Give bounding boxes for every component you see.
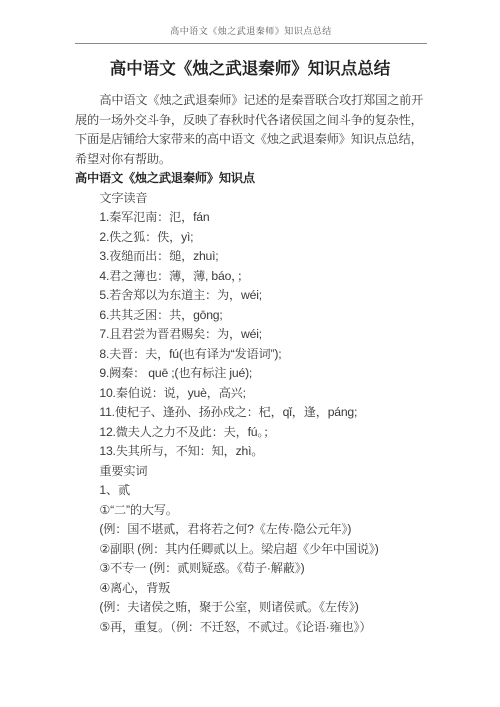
doc-line: 6.共其乏困：共，gōng; [75, 306, 427, 326]
doc-line: (例：夫诸侯之贿，聚于公室，则诸侯贰。《左传》) [75, 598, 427, 618]
doc-line: 1、贰 [75, 481, 427, 501]
doc-line: 4.君之薄也：薄，薄, báo，； [75, 267, 427, 287]
doc-line: ⑤再，重复。（例：不迁怒，不贰过。《论语·雍也》） [75, 618, 427, 638]
doc-line: ④离心，背叛 [75, 579, 427, 599]
doc-line: ②副职 (例：其内任卿贰以上。梁启超《少年中国说》) [75, 540, 427, 560]
document-body: 高中语文《烛之武退秦师》记述的是秦晋联合攻打郑国之前开展的一场外交斗争，反映了春… [75, 91, 427, 637]
page-header: 高中语文《烛之武退秦师》知识点总结 [75, 0, 427, 44]
section-heading: 高中语文《烛之武退秦师》知识点 [75, 169, 427, 189]
doc-line: 9.阙秦： quē ;(也有标注 jué); [75, 364, 427, 384]
intro-paragraph: 高中语文《烛之武退秦师》记述的是秦晋联合攻打郑国之前开展的一场外交斗争，反映了春… [75, 91, 427, 169]
document-page: 高中语文《烛之武退秦师》知识点总结 高中语文《烛之武退秦师》知识点总结 高中语文… [0, 0, 500, 707]
doc-line: 2.佚之狐：佚，yì; [75, 228, 427, 248]
document-title: 高中语文《烛之武退秦师》知识点总结 [36, 58, 464, 81]
doc-line: ③不专一 (例：贰则疑惑。《荀子·解蔽》) [75, 559, 427, 579]
doc-line: 7.且君尝为晋君赐矣：为，wéi; [75, 325, 427, 345]
doc-line: ①“二”的大写。 [75, 501, 427, 521]
doc-line: 1.秦军氾南：氾，fán [75, 208, 427, 228]
doc-line: 10.秦伯说：说，yuè，高兴; [75, 384, 427, 404]
doc-line: 3.夜缒而出：缒，zhuì; [75, 247, 427, 267]
doc-line: 13.失其所与，不知：知，zhì。 [75, 442, 427, 462]
doc-line: 5.若舍郑以为东道主：为，wéi; [75, 286, 427, 306]
page-header-text: 高中语文《烛之武退秦师》知识点总结 [75, 25, 427, 37]
doc-line: 8.夫晋：夫，fú(也有译为“发语词”); [75, 345, 427, 365]
doc-line-subheading: 文字读音 [75, 189, 427, 209]
doc-line: 12.微夫人之力不及此：夫，fú。； [75, 423, 427, 443]
doc-line-subheading: 重要实词 [75, 462, 427, 482]
doc-line: (例：国不堪贰，君将若之何?《左传·隐公元年》) [75, 520, 427, 540]
doc-line: 11.使杞子、逢孙、扬孙戍之：杞，qǐ，逢，páng; [75, 403, 427, 423]
